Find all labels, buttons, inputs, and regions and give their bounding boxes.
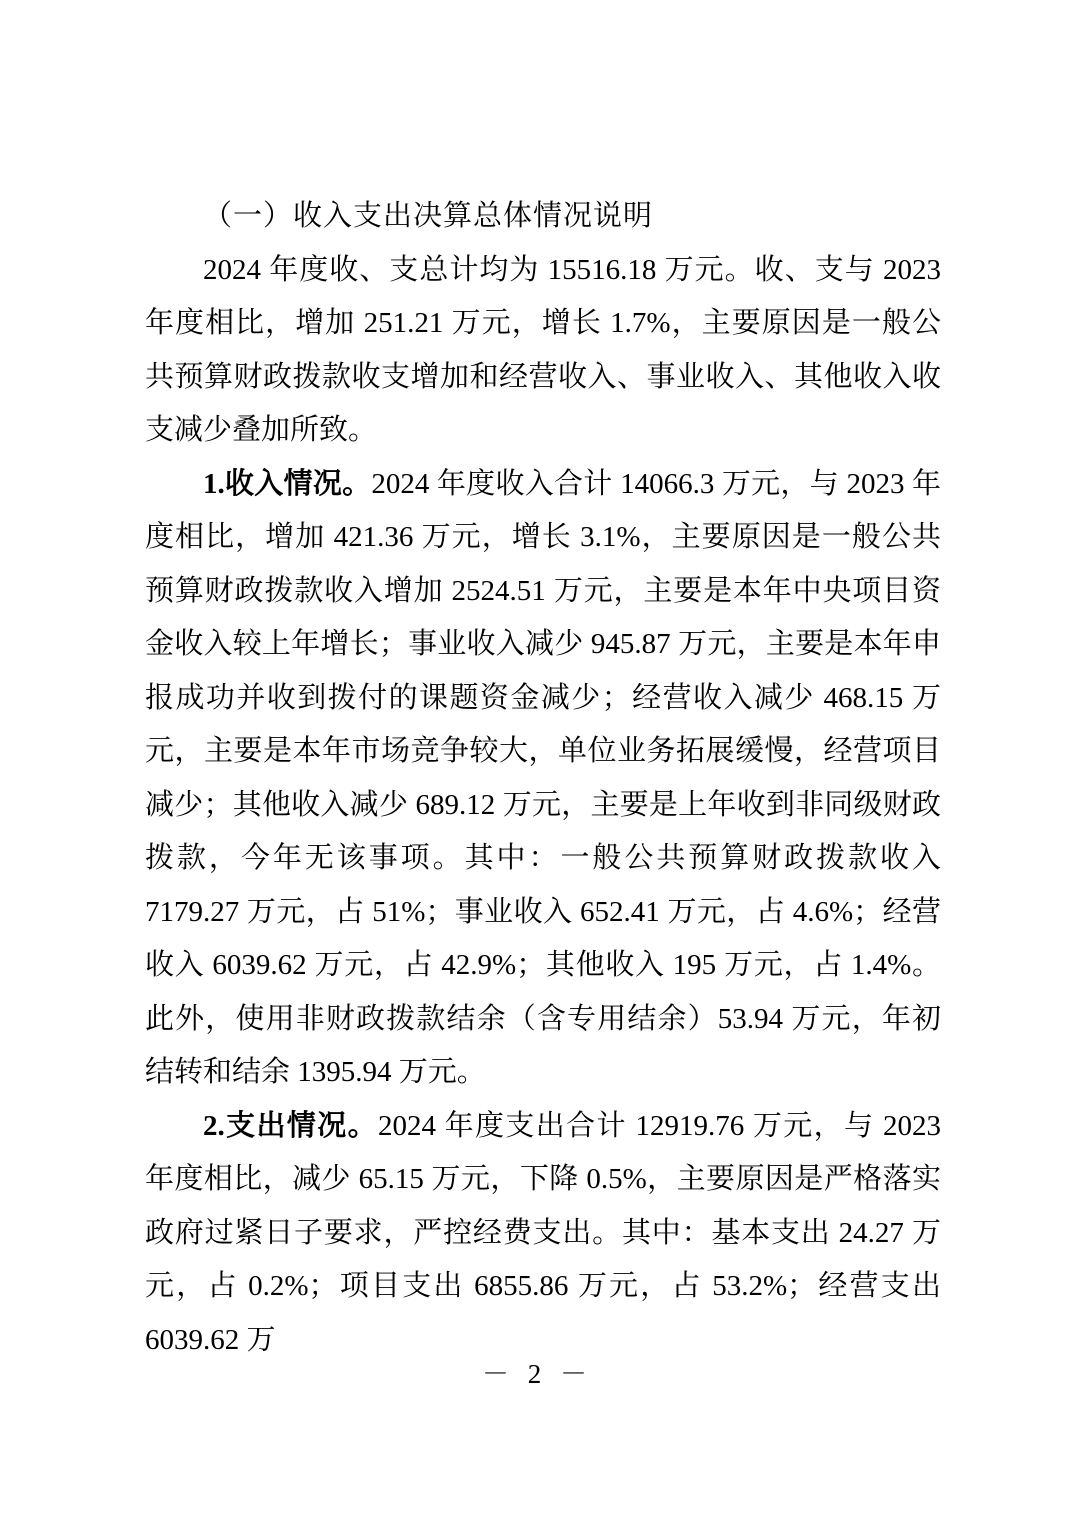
paragraph-income-text: 2024 年度收入合计 14066.3 万元，与 2023 年度相比，增加 42… — [145, 468, 941, 1089]
paragraph-income-lead: 1.收入情况。 — [203, 468, 371, 500]
page-number: － 2 － — [0, 1352, 1075, 1391]
paragraph-overview-text: 2024 年度收、支总计均为 15516.18 万元。收、支与 2023 年度相… — [145, 254, 941, 447]
document-body: （一）收入支出决算总体情况说明 2024 年度收、支总计均为 15516.18 … — [145, 190, 941, 1367]
section-heading: （一）收入支出决算总体情况说明 — [145, 190, 941, 244]
paragraph-income: 1.收入情况。2024 年度收入合计 14066.3 万元，与 2023 年度相… — [145, 458, 941, 1100]
paragraph-overview: 2024 年度收、支总计均为 15516.18 万元。收、支与 2023 年度相… — [145, 244, 941, 458]
paragraph-expenditure-text: 2024 年度支出合计 12919.76 万元，与 2023 年度相比，减少 6… — [145, 1110, 941, 1356]
document-page: （一）收入支出决算总体情况说明 2024 年度收、支总计均为 15516.18 … — [0, 0, 1075, 1520]
paragraph-expenditure-lead: 2.支出情况。 — [203, 1110, 378, 1142]
paragraph-expenditure: 2.支出情况。2024 年度支出合计 12919.76 万元，与 2023 年度… — [145, 1100, 941, 1368]
